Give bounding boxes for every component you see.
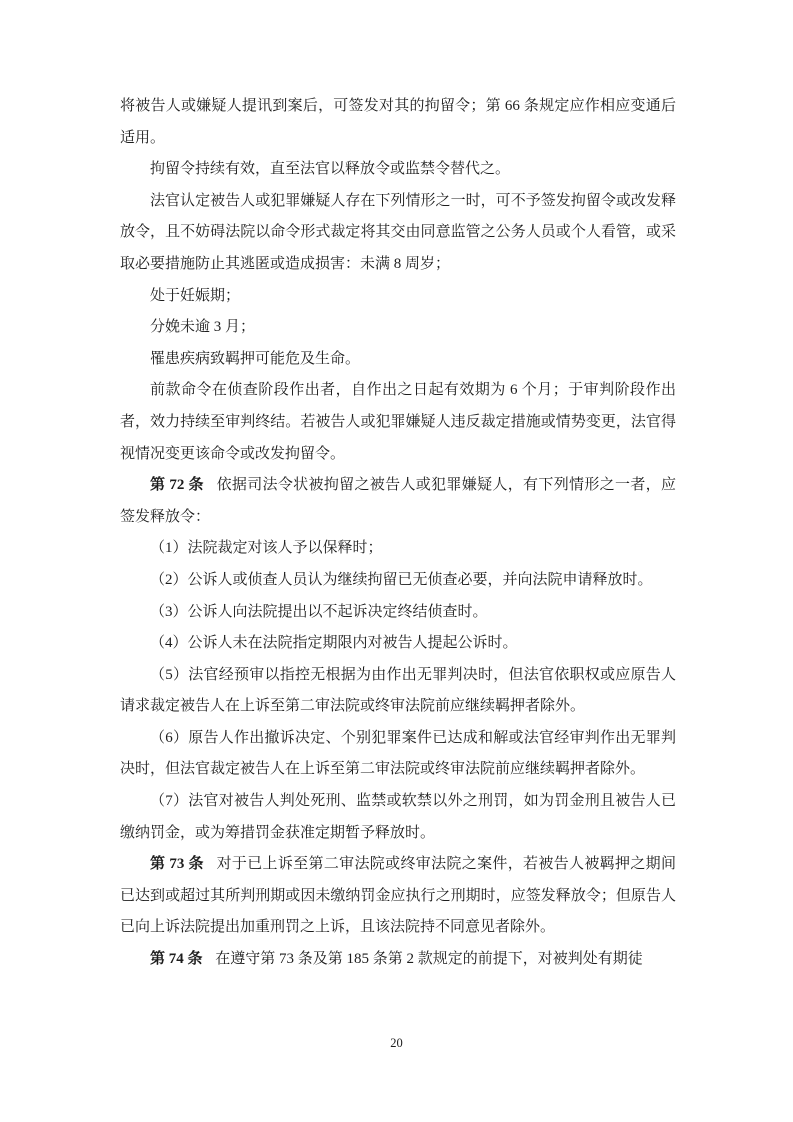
paragraph: （5）法官经预审以指控无根据为由作出无罪判决时，但法官依职权或应原告人请求裁定被… <box>120 660 676 723</box>
article-number: 第 73 条 <box>150 856 204 872</box>
paragraph-text: 处于妊娠期； <box>150 288 240 304</box>
paragraph-text: （7）法官对被告人判处死刑、监禁或软禁以外之刑罚，如为罚金刑且被告人已缴纳罚金，… <box>120 793 676 841</box>
paragraph: 分娩未逾 3 月； <box>120 312 676 344</box>
paragraph: 前款命令在侦查阶段作出者，自作出之日起有效期为 6 个月；于审判阶段作出者，效力… <box>120 375 676 470</box>
paragraph-text: 分娩未逾 3 月； <box>150 319 255 335</box>
paragraph-text: 前款命令在侦查阶段作出者，自作出之日起有效期为 6 个月；于审判阶段作出者，效力… <box>120 382 676 461</box>
article-number: 第 72 条 <box>150 477 204 493</box>
paragraph: （6）原告人作出撤诉决定、个别犯罪案件已达成和解或法官经审判作出无罪判决时，但法… <box>120 723 676 786</box>
paragraph-text: （5）法官经预审以指控无根据为由作出无罪判决时，但法官依职权或应原告人请求裁定被… <box>120 667 676 715</box>
paragraph: 拘留令持续有效，直至法官以释放令或监禁令替代之。 <box>120 154 676 186</box>
paragraph: （1）法院裁定对该人予以保释时； <box>120 533 676 565</box>
document-body: 将被告人或嫌疑人提讯到案后，可签发对其的拘留令；第 66 条规定应作相应变通后适… <box>120 91 676 976</box>
paragraph: （2）公诉人或侦查人员认为继续拘留已无侦查必要，并向法院申请释放时。 <box>120 565 676 597</box>
paragraph-text: （6）原告人作出撤诉决定、个别犯罪案件已达成和解或法官经审判作出无罪判决时，但法… <box>120 730 676 778</box>
document-page: 将被告人或嫌疑人提讯到案后，可签发对其的拘留令；第 66 条规定应作相应变通后适… <box>0 0 793 1122</box>
page-number: 20 <box>0 1036 793 1051</box>
paragraph-text: （1）法院裁定对该人予以保释时； <box>150 540 383 556</box>
paragraph: 第 74 条在遵守第 73 条及第 185 条第 2 款规定的前提下，对被判处有… <box>120 944 676 976</box>
paragraph-text: 将被告人或嫌疑人提讯到案后，可签发对其的拘留令；第 66 条规定应作相应变通后适… <box>120 98 676 146</box>
paragraph: （4）公诉人未在法院指定期限内对被告人提起公诉时。 <box>120 628 676 660</box>
paragraph: （3）公诉人向法院提出以不起诉决定终结侦查时。 <box>120 597 676 629</box>
paragraph-text: 罹患疾病致羁押可能危及生命。 <box>150 351 360 367</box>
paragraph: 罹患疾病致羁押可能危及生命。 <box>120 344 676 376</box>
paragraph: 第 72 条依据司法令状被拘留之被告人或犯罪嫌疑人，有下列情形之一者，应签发释放… <box>120 470 676 533</box>
paragraph-text: 法官认定被告人或犯罪嫌疑人存在下列情形之一时，可不予签发拘留令或改发释放令，且不… <box>120 193 676 272</box>
paragraph: 法官认定被告人或犯罪嫌疑人存在下列情形之一时，可不予签发拘留令或改发释放令，且不… <box>120 186 676 281</box>
paragraph-text: 在遵守第 73 条及第 185 条第 2 款规定的前提下，对被判处有期徒 <box>215 951 643 967</box>
paragraph-text: （2）公诉人或侦查人员认为继续拘留已无侦查必要，并向法院申请释放时。 <box>150 572 653 588</box>
paragraph-text: （3）公诉人向法院提出以不起诉决定终结侦查时。 <box>150 604 488 620</box>
paragraph-text: 拘留令持续有效，直至法官以释放令或监禁令替代之。 <box>150 161 510 177</box>
paragraph: 第 73 条对于已上诉至第二审法院或终审法院之案件，若被告人被羁押之期间已达到或… <box>120 849 676 944</box>
paragraph-text: （4）公诉人未在法院指定期限内对被告人提起公诉时。 <box>150 635 518 651</box>
paragraph: 处于妊娠期； <box>120 281 676 313</box>
paragraph: 将被告人或嫌疑人提讯到案后，可签发对其的拘留令；第 66 条规定应作相应变通后适… <box>120 91 676 154</box>
article-number: 第 74 条 <box>150 951 203 967</box>
paragraph: （7）法官对被告人判处死刑、监禁或软禁以外之刑罚，如为罚金刑且被告人已缴纳罚金，… <box>120 786 676 849</box>
